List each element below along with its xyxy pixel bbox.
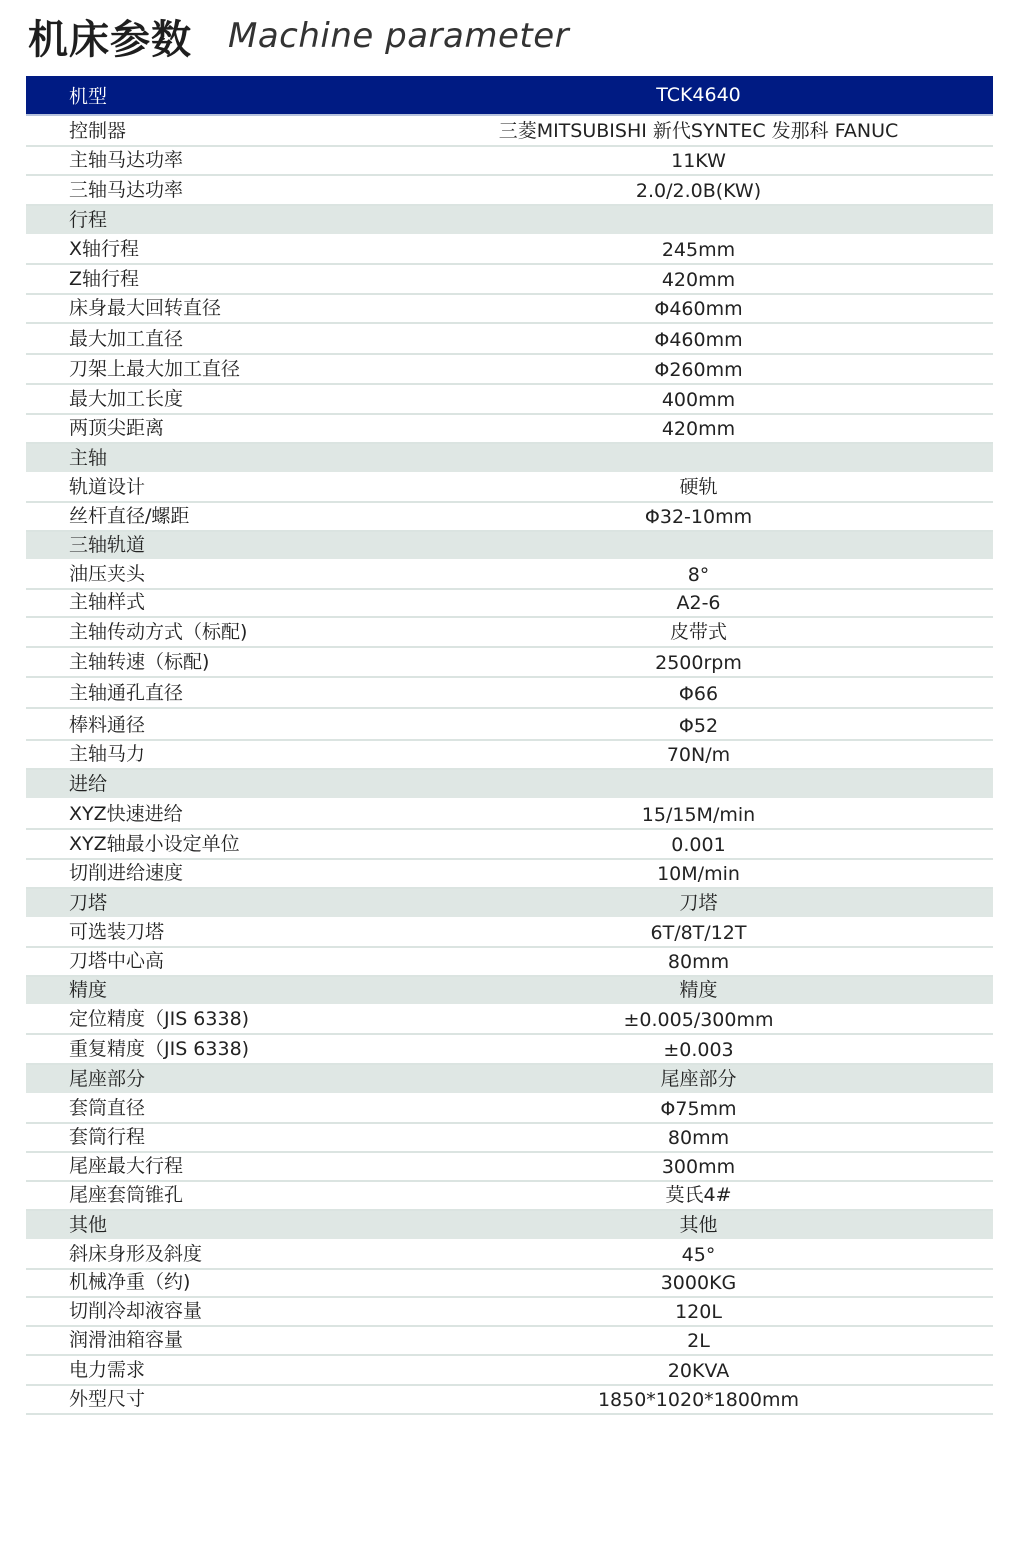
param-value: 2.0/2.0B(KW) — [496, 180, 901, 202]
table-header-row: 机型 TCK4640 — [26, 76, 993, 116]
section-label: 尾座部分 — [69, 1064, 145, 1091]
param-value: 400mm — [496, 389, 901, 411]
param-value: Φ75mm — [496, 1098, 901, 1120]
param-label: 主轴传动方式（标配) — [69, 617, 247, 644]
param-label: 尾座套筒锥孔 — [69, 1180, 183, 1207]
table-section-row: 精度精度 — [26, 977, 993, 1006]
param-label: 油压夹头 — [69, 559, 145, 586]
section-value: 其他 — [496, 1210, 901, 1237]
param-label: 床身最大回转直径 — [69, 293, 221, 320]
param-value: 三菱MITSUBISHI 新代SYNTEC 发那科 FANUC — [496, 116, 901, 143]
table-row: 切削冷却液容量120L — [26, 1298, 993, 1327]
param-value: Φ32-10mm — [496, 506, 901, 528]
param-label: X轴行程 — [69, 234, 139, 261]
param-label: 外型尺寸 — [69, 1384, 145, 1411]
param-value: 2500rpm — [496, 652, 901, 674]
table-row: 主轴传动方式（标配)皮带式 — [26, 618, 993, 648]
param-label: 套筒直径 — [69, 1093, 145, 1120]
table-section-row: 尾座部分尾座部分 — [26, 1065, 993, 1095]
param-value: Φ66 — [496, 683, 901, 705]
table-row: 刀塔中心高80mm — [26, 948, 993, 977]
table-section-row: 进给 — [26, 770, 993, 800]
param-value: 120L — [496, 1301, 901, 1323]
param-value: 420mm — [496, 269, 901, 291]
table-row: Z轴行程420mm — [26, 265, 993, 295]
table-row: 润滑油箱容量2L — [26, 1327, 993, 1356]
table-row: 可选装刀塔6T/8T/12T — [26, 919, 993, 948]
table-row: 外型尺寸1850*1020*1800mm — [26, 1386, 993, 1415]
param-label: 主轴样式 — [69, 587, 145, 614]
section-label: 刀塔 — [69, 888, 107, 915]
param-label: 切削进给速度 — [69, 858, 183, 885]
param-value: 20KVA — [496, 1360, 901, 1382]
param-label: 最大加工直径 — [69, 324, 183, 351]
section-label: 其他 — [69, 1210, 107, 1237]
param-label: 套筒行程 — [69, 1122, 145, 1149]
param-label: 机械净重（约) — [69, 1267, 190, 1294]
param-value: Φ460mm — [496, 329, 901, 351]
param-value: 6T/8T/12T — [496, 922, 901, 944]
param-label: 重复精度（JIS 6338) — [69, 1034, 249, 1061]
param-value: ±0.005/300mm — [496, 1009, 901, 1031]
param-label: 定位精度（JIS 6338) — [69, 1004, 249, 1031]
param-label: 丝杆直径/螺距 — [69, 501, 189, 528]
table-row: 丝杆直径/螺距Φ32-10mm — [26, 503, 993, 532]
table-row: 最大加工长度400mm — [26, 385, 993, 415]
section-label: 主轴 — [69, 443, 107, 470]
table-row: 机械净重（约)3000KG — [26, 1270, 993, 1298]
param-value: Φ52 — [496, 715, 901, 737]
param-value: 3000KG — [496, 1272, 901, 1294]
section-value: 刀塔 — [496, 888, 901, 915]
table-row: 轨道设计硬轨 — [26, 474, 993, 503]
param-value: ±0.003 — [496, 1039, 901, 1061]
table-row: 三轴马达功率2.0/2.0B(KW) — [26, 176, 993, 206]
table-row: XYZ轴最小设定单位0.001 — [26, 830, 993, 860]
table-row: 主轴转速（标配)2500rpm — [26, 648, 993, 678]
table-section-row: 行程 — [26, 206, 993, 236]
table-row: X轴行程245mm — [26, 236, 993, 265]
param-label: XYZ快速进给 — [69, 799, 183, 826]
param-value: Φ460mm — [496, 298, 901, 320]
param-label: 润滑油箱容量 — [69, 1325, 183, 1352]
table-row: 主轴马力70N/m — [26, 741, 993, 770]
param-value: 10M/min — [496, 863, 901, 885]
header-label: 机型 — [69, 82, 107, 109]
section-label: 进给 — [69, 769, 107, 796]
param-value: 11KW — [496, 150, 901, 172]
table-row: 棒料通径Φ52 — [26, 709, 993, 741]
table-row: 套筒行程80mm — [26, 1124, 993, 1153]
param-label: 刀塔中心高 — [69, 946, 164, 973]
param-label: 主轴马力 — [69, 739, 145, 766]
param-value: 莫氏4# — [496, 1180, 901, 1207]
table-section-row: 主轴 — [26, 444, 993, 474]
param-value: 8° — [496, 564, 901, 586]
param-value: A2-6 — [496, 592, 901, 614]
param-label: 轨道设计 — [69, 472, 145, 499]
param-label: 切削冷却液容量 — [69, 1296, 202, 1323]
table-row: 斜床身形及斜度45° — [26, 1241, 993, 1270]
param-label: 棒料通径 — [69, 710, 145, 737]
param-label: 可选装刀塔 — [69, 917, 164, 944]
table-section-row: 其他其他 — [26, 1211, 993, 1241]
page-title-en: Machine parameter — [228, 16, 569, 56]
param-value: 0.001 — [496, 834, 901, 856]
param-value: 15/15M/min — [496, 804, 901, 826]
section-label: 精度 — [69, 975, 107, 1002]
param-label: XYZ轴最小设定单位 — [69, 829, 240, 856]
section-value: 尾座部分 — [496, 1064, 901, 1091]
param-label: 斜床身形及斜度 — [69, 1239, 202, 1266]
table-row: 最大加工直径Φ460mm — [26, 324, 993, 355]
table-row: 床身最大回转直径Φ460mm — [26, 295, 993, 324]
table-row: 主轴通孔直径Φ66 — [26, 678, 993, 709]
table-row: 重复精度（JIS 6338)±0.003 — [26, 1035, 993, 1065]
param-value: 245mm — [496, 239, 901, 261]
section-label: 三轴轨道 — [69, 530, 145, 557]
section-value: 精度 — [496, 975, 901, 1002]
table-row: 尾座最大行程300mm — [26, 1153, 993, 1182]
param-value: 硬轨 — [496, 472, 901, 499]
param-label: 刀架上最大加工直径 — [69, 354, 240, 381]
param-label: 最大加工长度 — [69, 384, 183, 411]
param-label: 尾座最大行程 — [69, 1151, 183, 1178]
page-title-bar: 机床参数 Machine parameter — [28, 6, 569, 66]
machine-parameter-table: 机型 TCK4640 控制器三菱MITSUBISHI 新代SYNTEC 发那科 … — [26, 76, 993, 1415]
table-row: 主轴马达功率11KW — [26, 147, 993, 176]
param-label: 两顶尖距离 — [69, 413, 164, 440]
param-value: 80mm — [496, 1127, 901, 1149]
param-label: Z轴行程 — [69, 264, 139, 291]
table-row: 刀架上最大加工直径Φ260mm — [26, 355, 993, 385]
param-value: 80mm — [496, 951, 901, 973]
param-label: 控制器 — [69, 116, 126, 143]
table-row: 主轴样式A2-6 — [26, 590, 993, 618]
param-value: 420mm — [496, 418, 901, 440]
table-row: 尾座套筒锥孔莫氏4# — [26, 1182, 993, 1211]
param-label: 主轴马达功率 — [69, 145, 183, 172]
param-label: 主轴转速（标配) — [69, 647, 209, 674]
param-label: 电力需求 — [69, 1355, 145, 1382]
param-label: 三轴马达功率 — [69, 175, 183, 202]
table-section-row: 刀塔刀塔 — [26, 889, 993, 919]
page-title-cn: 机床参数 — [28, 8, 192, 65]
param-label: 主轴通孔直径 — [69, 678, 183, 705]
param-value: 300mm — [496, 1156, 901, 1178]
section-label: 行程 — [69, 205, 107, 232]
header-value: TCK4640 — [496, 84, 901, 106]
param-value: 皮带式 — [496, 617, 901, 644]
table-row: 控制器三菱MITSUBISHI 新代SYNTEC 发那科 FANUC — [26, 116, 993, 147]
table-section-row: 三轴轨道 — [26, 532, 993, 561]
table-row: 套筒直径Φ75mm — [26, 1095, 993, 1124]
table-row: XYZ快速进给15/15M/min — [26, 800, 993, 830]
table-row: 两顶尖距离420mm — [26, 415, 993, 444]
param-value: Φ260mm — [496, 359, 901, 381]
param-value: 2L — [496, 1330, 901, 1352]
table-row: 电力需求20KVA — [26, 1356, 993, 1386]
table-row: 油压夹头8° — [26, 561, 993, 590]
param-value: 45° — [496, 1244, 901, 1266]
table-row: 定位精度（JIS 6338)±0.005/300mm — [26, 1006, 993, 1035]
table-row: 切削进给速度10M/min — [26, 860, 993, 889]
table-body: 控制器三菱MITSUBISHI 新代SYNTEC 发那科 FANUC主轴马达功率… — [26, 116, 993, 1415]
param-value: 1850*1020*1800mm — [496, 1389, 901, 1411]
param-value: 70N/m — [496, 744, 901, 766]
